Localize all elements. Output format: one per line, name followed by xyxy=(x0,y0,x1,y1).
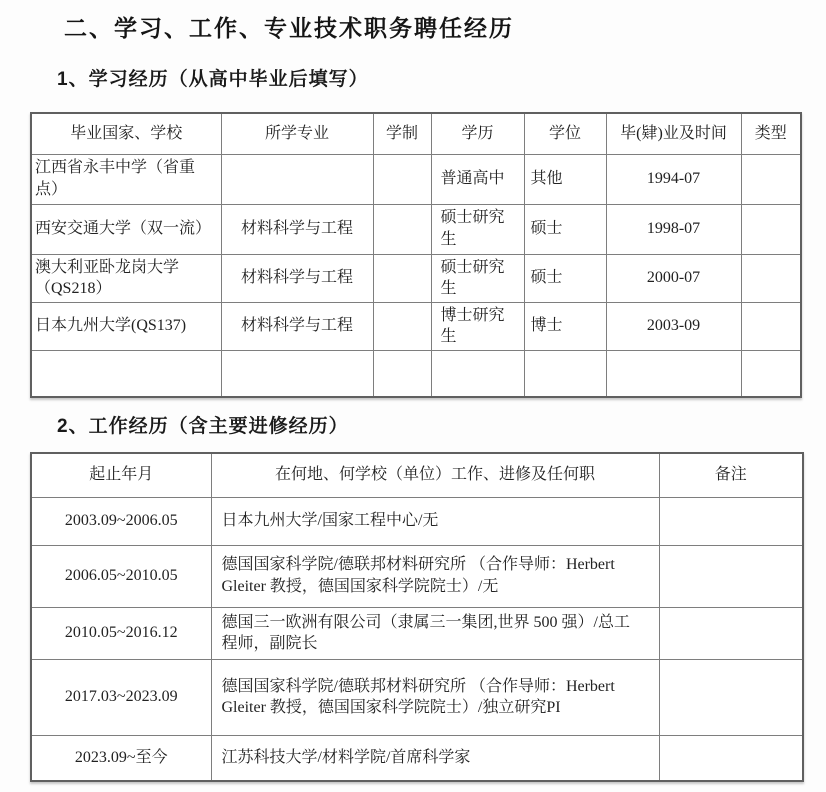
table-cell: 其他 xyxy=(524,154,606,204)
table-row: 日本九州大学(QS137)材料科学与工程博士研究生博士2003-09 xyxy=(31,302,801,350)
table-cell: 2010.05~2016.12 xyxy=(31,607,211,659)
section-2-title: 2、工作经历（含主要进修经历） xyxy=(57,411,349,438)
table-cell xyxy=(741,302,801,350)
table-cell xyxy=(741,204,801,254)
table-cell: 日本九州大学(QS137) xyxy=(31,302,221,350)
table-row xyxy=(31,350,801,397)
table-cell xyxy=(221,154,373,204)
table-cell xyxy=(741,154,801,204)
table-cell xyxy=(373,302,431,350)
table-cell: 1994-07 xyxy=(606,154,741,204)
table-cell xyxy=(659,607,803,659)
table-cell xyxy=(741,254,801,302)
table-cell xyxy=(659,497,803,545)
table-cell xyxy=(741,350,801,397)
table-cell xyxy=(659,545,803,607)
table-cell: 江苏科技大学/材料学院/首席科学家 xyxy=(211,735,659,781)
table-row: 2003.09~2006.05日本九州大学/国家工程中心/无 xyxy=(31,497,803,545)
column-header: 在何地、何学校（单位）工作、进修及任何职 xyxy=(211,453,659,497)
table-cell xyxy=(373,154,431,204)
document-page: 二、学习、工作、专业技术职务聘任经历 1、学习经历（从高中毕业后填写） 毕业国家… xyxy=(0,0,826,792)
table-cell: 材料科学与工程 xyxy=(221,204,373,254)
table-cell xyxy=(524,350,606,397)
table-cell xyxy=(373,254,431,302)
page-title: 二、学习、工作、专业技术职务聘任经历 xyxy=(64,10,514,43)
column-header: 备注 xyxy=(659,453,803,497)
table-cell xyxy=(606,350,741,397)
table-cell xyxy=(659,735,803,781)
column-header: 毕业国家、学校 xyxy=(31,113,221,154)
table-cell: 硕士研究生 xyxy=(431,254,524,302)
table-cell xyxy=(31,350,221,397)
table-cell: 日本九州大学/国家工程中心/无 xyxy=(211,497,659,545)
table-cell: 普通高中 xyxy=(431,154,524,204)
table-cell: 德国国家科学院/德联邦材料研究所 （合作导师：Herbert Gleiter 教… xyxy=(211,545,659,607)
column-header: 学位 xyxy=(524,113,606,154)
column-header: 类型 xyxy=(741,113,801,154)
table-cell: 2006.05~2010.05 xyxy=(31,545,211,607)
table-cell xyxy=(659,659,803,735)
table-row: 2023.09~至今江苏科技大学/材料学院/首席科学家 xyxy=(31,735,803,781)
table-row: 澳大利亚卧龙岗大学（QS218）材料科学与工程硕士研究生硕士2000-07 xyxy=(31,254,801,302)
table-cell: 博士 xyxy=(524,302,606,350)
table-cell: 硕士 xyxy=(524,204,606,254)
column-header: 学历 xyxy=(431,113,524,154)
table-cell: 1998-07 xyxy=(606,204,741,254)
table-cell xyxy=(373,204,431,254)
work-table: 起止年月在何地、何学校（单位）工作、进修及任何职备注 2003.09~2006.… xyxy=(30,452,804,782)
table-cell: 澳大利亚卧龙岗大学（QS218） xyxy=(31,254,221,302)
table-cell: 硕士研究生 xyxy=(431,204,524,254)
column-header: 所学专业 xyxy=(221,113,373,154)
table-row: 江西省永丰中学（省重点）普通高中其他1994-07 xyxy=(31,154,801,204)
column-header: 起止年月 xyxy=(31,453,211,497)
table-header-row: 毕业国家、学校所学专业学制学历学位毕(肄)业及时间类型 xyxy=(31,113,801,154)
table-cell: 德国三一欧洲有限公司（隶属三一集团,世界 500 强）/总工程师，副院长 xyxy=(211,607,659,659)
table-row: 西安交通大学（双一流）材料科学与工程硕士研究生硕士1998-07 xyxy=(31,204,801,254)
table-cell: 材料科学与工程 xyxy=(221,302,373,350)
table-cell: 德国国家科学院/德联邦材料研究所 （合作导师：Herbert Gleiter 教… xyxy=(211,659,659,735)
table-header-row: 起止年月在何地、何学校（单位）工作、进修及任何职备注 xyxy=(31,453,803,497)
table-row: 2017.03~2023.09德国国家科学院/德联邦材料研究所 （合作导师：He… xyxy=(31,659,803,735)
table-cell xyxy=(373,350,431,397)
table-row: 2006.05~2010.05德国国家科学院/德联邦材料研究所 （合作导师：He… xyxy=(31,545,803,607)
table-cell: 博士研究生 xyxy=(431,302,524,350)
table-cell xyxy=(431,350,524,397)
table-cell: 硕士 xyxy=(524,254,606,302)
table-cell: 材料科学与工程 xyxy=(221,254,373,302)
table-row: 2010.05~2016.12德国三一欧洲有限公司（隶属三一集团,世界 500 … xyxy=(31,607,803,659)
table-cell: 2000-07 xyxy=(606,254,741,302)
table-cell: 江西省永丰中学（省重点） xyxy=(31,154,221,204)
column-header: 毕(肄)业及时间 xyxy=(606,113,741,154)
table-cell: 西安交通大学（双一流） xyxy=(31,204,221,254)
column-header: 学制 xyxy=(373,113,431,154)
table-cell: 2023.09~至今 xyxy=(31,735,211,781)
table-cell: 2017.03~2023.09 xyxy=(31,659,211,735)
education-table: 毕业国家、学校所学专业学制学历学位毕(肄)业及时间类型 江西省永丰中学（省重点）… xyxy=(30,112,802,398)
table-cell: 2003-09 xyxy=(606,302,741,350)
table-cell xyxy=(221,350,373,397)
table-cell: 2003.09~2006.05 xyxy=(31,497,211,545)
section-1-title: 1、学习经历（从高中毕业后填写） xyxy=(57,64,369,91)
